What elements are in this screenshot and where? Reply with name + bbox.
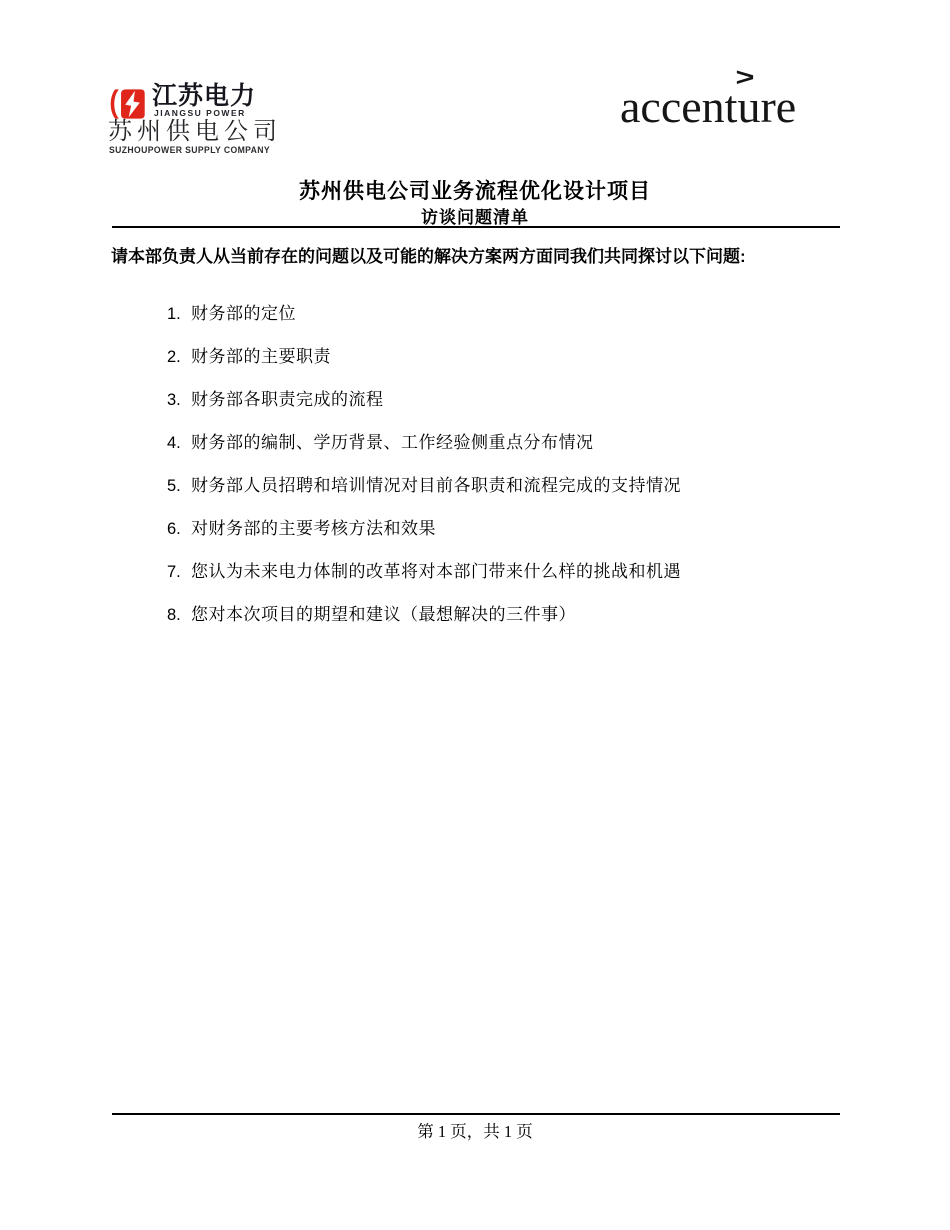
list-item-text: 财务部的主要职责 (191, 346, 331, 368)
question-list: 1. 财务部的定位 2. 财务部的主要职责 3. 财务部各职责完成的流程 4. … (167, 303, 807, 647)
document-page: 江苏电力 JIANGSU POWER 苏州供电公司 SUZHOUPOWER SU… (0, 0, 950, 1230)
list-item-number: 1. (167, 303, 191, 325)
footer-divider (112, 1113, 840, 1115)
list-item-text: 您对本次项目的期望和建议（最想解决的三件事） (191, 604, 576, 626)
brand-name-en: JIANGSU POWER (154, 108, 246, 118)
list-item-number: 3. (167, 389, 191, 411)
list-item-number: 2. (167, 346, 191, 368)
header-divider (112, 226, 840, 228)
list-item: 1. 财务部的定位 (167, 303, 807, 325)
jiangsu-power-logo: 江苏电力 JIANGSU POWER 苏州供电公司 SUZHOUPOWER SU… (108, 84, 308, 122)
accenture-logo: > accenture (620, 70, 840, 130)
list-item-text: 财务部的定位 (191, 303, 296, 325)
list-item: 7. 您认为未来电力体制的改革将对本部门带来什么样的挑战和机遇 (167, 561, 807, 583)
list-item: 4. 财务部的编制、学历背景、工作经验侧重点分布情况 (167, 432, 807, 454)
list-item: 5. 财务部人员招聘和培训情况对目前各职责和流程完成的支持情况 (167, 475, 807, 497)
list-item-number: 5. (167, 475, 191, 497)
page-number: 第 1 页，共 1 页 (0, 1118, 950, 1142)
list-item-number: 7. (167, 561, 191, 583)
list-item: 8. 您对本次项目的期望和建议（最想解决的三件事） (167, 604, 807, 626)
list-item: 2. 财务部的主要职责 (167, 346, 807, 368)
list-item-text: 对财务部的主要考核方法和效果 (191, 518, 436, 540)
company-name-cn: 苏州供电公司 (108, 120, 282, 144)
list-item: 6. 对财务部的主要考核方法和效果 (167, 518, 807, 540)
list-item-number: 6. (167, 518, 191, 540)
list-item-number: 8. (167, 604, 191, 626)
list-item-text: 财务部的编制、学历背景、工作经验侧重点分布情况 (191, 432, 594, 454)
brand-name-cn: 江苏电力 (152, 84, 256, 109)
list-item-number: 4. (167, 432, 191, 454)
lightning-bolt-icon (110, 88, 146, 120)
list-item-text: 财务部各职责完成的流程 (191, 389, 384, 411)
accenture-wordmark: accenture (620, 84, 796, 130)
list-item-text: 财务部人员招聘和培训情况对目前各职责和流程完成的支持情况 (191, 475, 681, 497)
list-item: 3. 财务部各职责完成的流程 (167, 389, 807, 411)
intro-sentence: 请本部负责人从当前存在的问题以及可能的解决方案两方面同我们共同探讨以下问题: (111, 247, 851, 267)
list-item-text: 您认为未来电力体制的改革将对本部门带来什么样的挑战和机遇 (191, 561, 681, 583)
document-title: 苏州供电公司业务流程优化设计项目 (0, 175, 950, 205)
company-name-en: SUZHOUPOWER SUPPLY COMPANY (109, 145, 270, 155)
document-subtitle: 访谈问题清单 (0, 203, 950, 228)
